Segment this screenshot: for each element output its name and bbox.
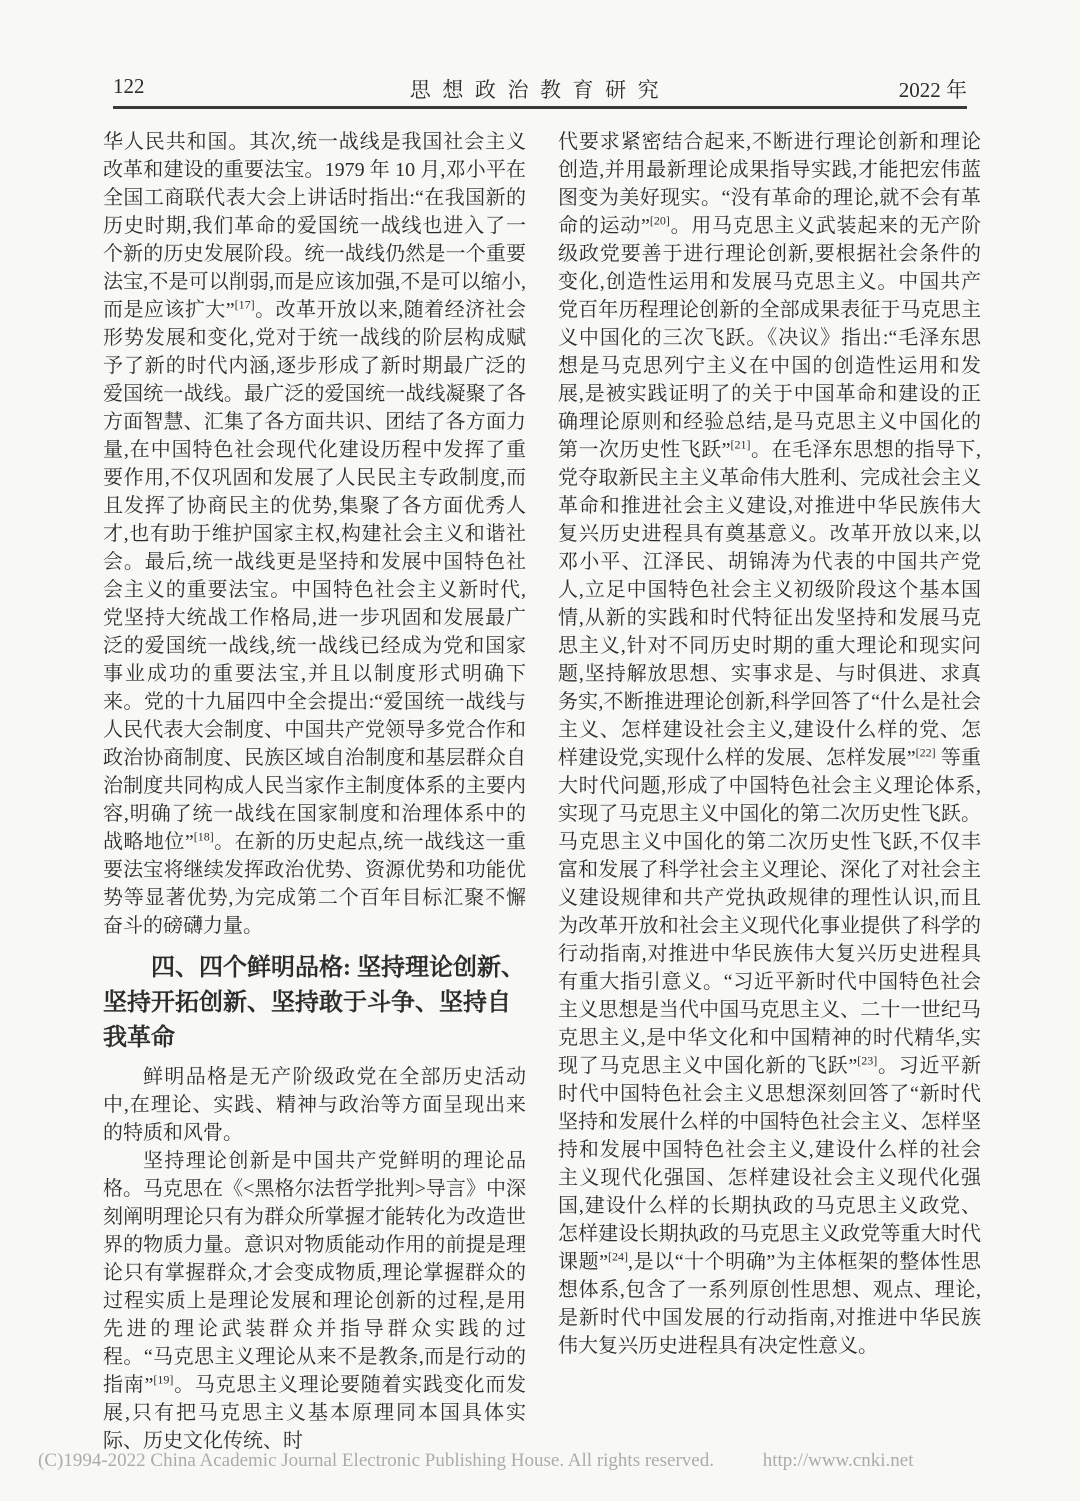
copyright-text: (C)1994-2022 China Academic Journal Elec…	[38, 1450, 714, 1471]
reference-mark: [21]	[731, 437, 751, 451]
year-label: 2022 年	[899, 74, 967, 104]
reference-mark: [24]	[608, 1249, 628, 1263]
reference-mark: [19]	[153, 1372, 173, 1386]
page-header: 122 思想政治教育研究 2022 年	[113, 74, 967, 104]
reference-mark: [18]	[194, 829, 214, 843]
page-footer: (C)1994-2022 China Academic Journal Elec…	[38, 1450, 913, 1472]
paragraph: 鲜明品格是无产阶级政党在全部历史活动中,在理论、实践、精神与政治等方面呈现出来的…	[103, 1063, 526, 1147]
header-rule	[113, 106, 967, 109]
reference-mark: [20]	[650, 213, 670, 227]
reference-mark: [23]	[857, 1053, 877, 1067]
reference-mark: [17]	[235, 297, 255, 311]
right-column: 代要求紧密结合起来,不断进行理论创新和理论创造,并用最新理论成果指导实践,才能把…	[558, 128, 981, 1455]
reference-mark: [22]	[916, 745, 936, 759]
paragraph: 代要求紧密结合起来,不断进行理论创新和理论创造,并用最新理论成果指导实践,才能把…	[558, 128, 981, 1360]
article-body: 华人民共和国。其次,统一战线是我国社会主义改革和建设的重要法宝。1979 年 1…	[103, 128, 981, 1455]
paragraph: 坚持理论创新是中国共产党鲜明的理论品格。马克思在《<黑格尔法哲学批判>导言》中深…	[103, 1147, 526, 1455]
cnki-url: http://www.cnki.net	[763, 1450, 914, 1471]
left-column: 华人民共和国。其次,统一战线是我国社会主义改革和建设的重要法宝。1979 年 1…	[103, 128, 526, 1455]
page-number: 122	[113, 74, 145, 99]
paragraph: 华人民共和国。其次,统一战线是我国社会主义改革和建设的重要法宝。1979 年 1…	[103, 128, 526, 940]
section-heading: 四、四个鲜明品格: 坚持理论创新、坚持开拓创新、坚持敢于斗争、坚持自我革命	[103, 951, 526, 1056]
journal-page: 122 思想政治教育研究 2022 年 华人民共和国。其次,统一战线是我国社会主…	[0, 0, 1080, 1501]
journal-title: 思想政治教育研究	[410, 74, 670, 104]
